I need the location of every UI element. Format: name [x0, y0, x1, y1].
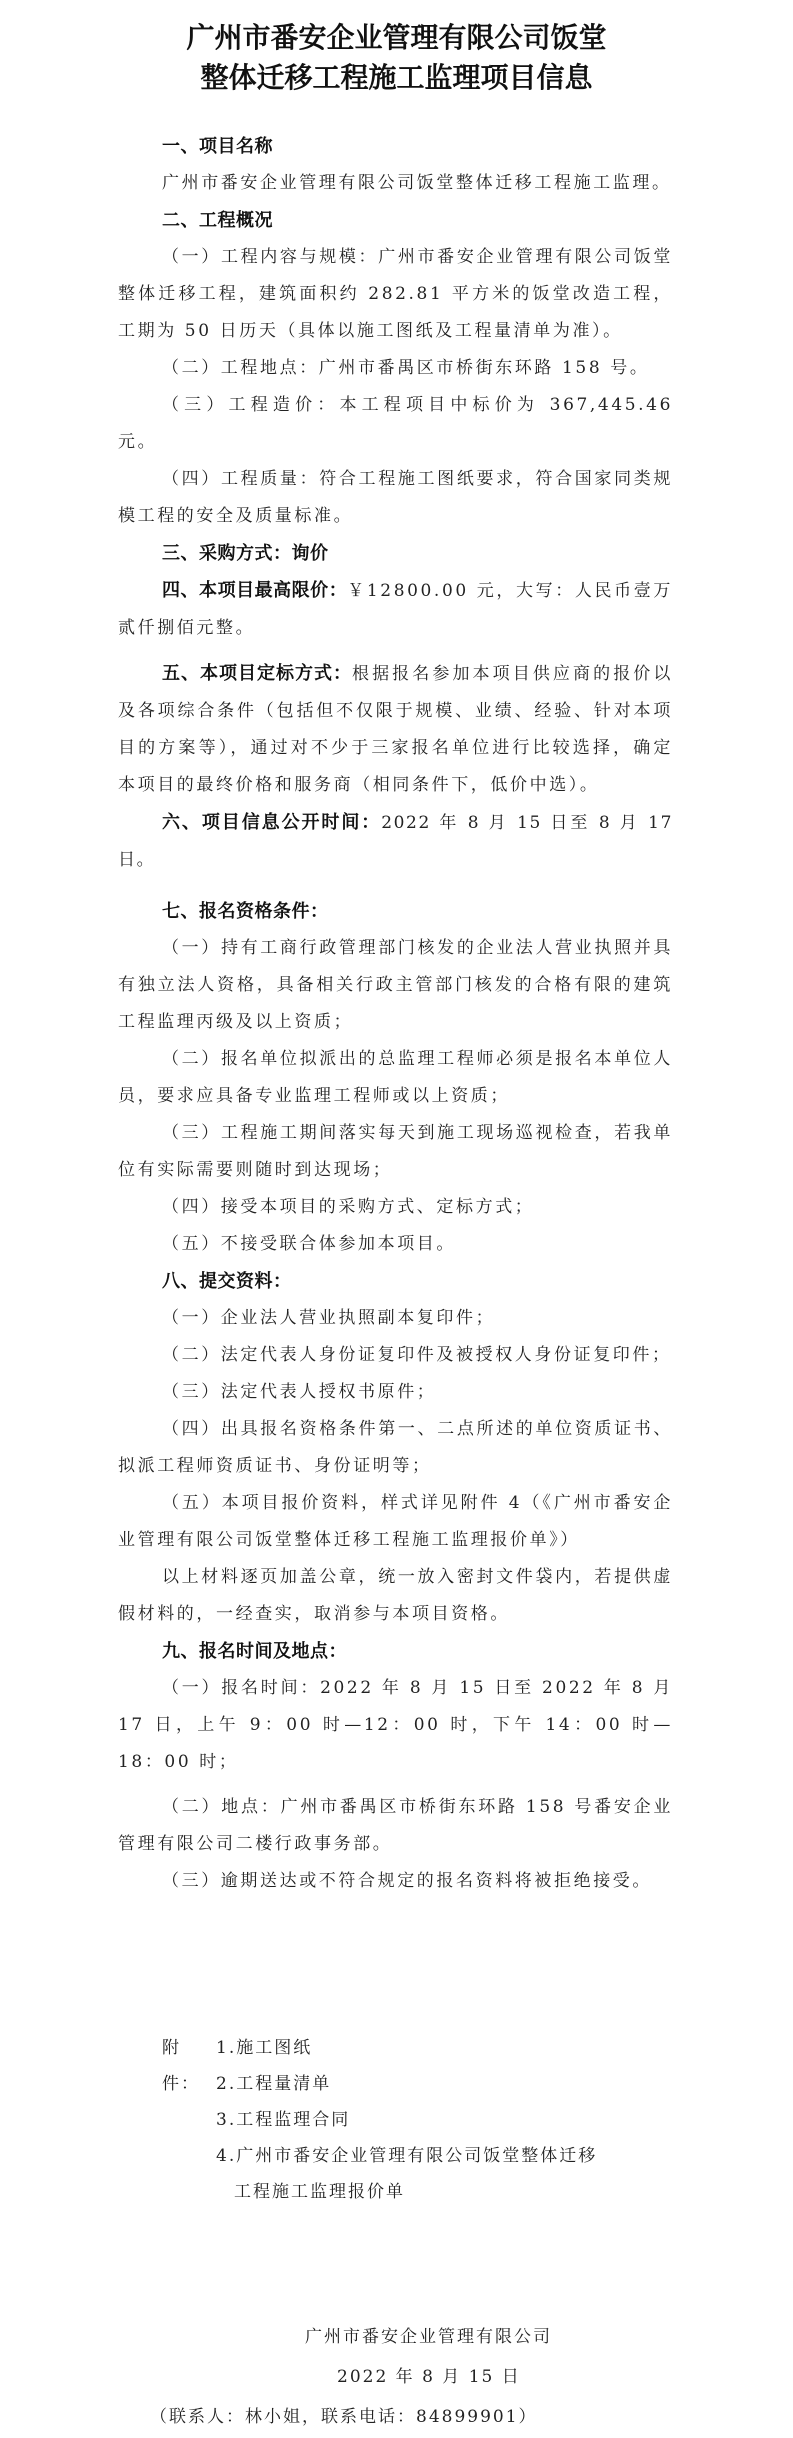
- section-1-heading: 一、项目名称: [118, 128, 673, 165]
- section-6: 六、项目信息公开时间：2022 年 8 月 15 日至 8 月 17 日。: [118, 804, 673, 879]
- section-8-item-4: （四）出具报名资格条件第一、二点所述的单位资质证书、拟派工程师资质证书、身份证明…: [118, 1411, 673, 1485]
- section-4: 四、本项目最高限价：￥12800.00 元，大写：人民币壹万贰仟捌佰元整。: [118, 572, 673, 647]
- section-5-heading: 五、本项目定标方式：: [162, 663, 352, 684]
- contact-info: （联系人：林小姐，联系电话：84899901）: [150, 2402, 538, 2427]
- section-7-item-4: （四）接受本项目的采购方式、定标方式；: [118, 1189, 673, 1226]
- signature-company: 广州市番安企业管理有限公司: [305, 2322, 552, 2347]
- section-8-item-3: （三）法定代表人授权书原件；: [118, 1374, 673, 1411]
- section-4-heading: 四、本项目最高限价：: [162, 580, 347, 601]
- section-2-item-4: （四）工程质量：符合工程施工图纸要求，符合国家同类规模工程的安全及质量标准。: [118, 461, 673, 535]
- section-2-heading: 二、工程概况: [118, 202, 673, 239]
- section-2-item-1: （一）工程内容与规模：广州市番安企业管理有限公司饭堂整体迁移工程，建筑面积约 2…: [118, 239, 673, 350]
- attachments-list: 附件： 1.施工图纸 2.工程量清单 3.工程监理合同 4.广州市番安企业管理有…: [162, 2030, 597, 2210]
- section-9-item-2: （二）地点：广州市番禺区市桥街东环路 158 号番安企业管理有限公司二楼行政事务…: [118, 1789, 673, 1863]
- section-8-item-1: （一）企业法人营业执照副本复印件；: [118, 1300, 673, 1337]
- section-7-item-1: （一）持有工商行政管理部门核发的企业法人营业执照并具有独立法人资格，具备相关行政…: [118, 930, 673, 1041]
- attachment-item-3: 3.工程监理合同: [216, 2102, 597, 2138]
- section-8-heading: 八、提交资料：: [118, 1263, 673, 1300]
- section-8-item-2: （二）法定代表人身份证复印件及被授权人身份证复印件；: [118, 1337, 673, 1374]
- section-7-item-2: （二）报名单位拟派出的总监理工程师必须是报名本单位人员，要求应具备专业监理工程师…: [118, 1041, 673, 1115]
- section-1-body: 广州市番安企业管理有限公司饭堂整体迁移工程施工监理。: [118, 165, 673, 202]
- document-title-line-1: 广州市番安企业管理有限公司饭堂: [0, 18, 793, 58]
- section-6-heading: 六、项目信息公开时间：: [162, 812, 381, 833]
- signature-date: 2022 年 8 月 15 日: [337, 2362, 521, 2387]
- section-5: 五、本项目定标方式：根据报名参加本项目供应商的报价以及各项综合条件（包括但不仅限…: [118, 655, 673, 804]
- section-9-item-1: （一）报名时间：2022 年 8 月 15 日至 2022 年 8 月 17 日…: [118, 1670, 673, 1781]
- section-2-item-2: （二）工程地点：广州市番禺区市桥街东环路 158 号。: [118, 350, 673, 387]
- section-7-item-5: （五）不接受联合体参加本项目。: [118, 1226, 673, 1263]
- section-3-heading: 三、采购方式：询价: [118, 535, 673, 572]
- section-8-item-5: （五）本项目报价资料，样式详见附件 4（《广州市番安企业管理有限公司饭堂整体迁移…: [118, 1485, 673, 1559]
- section-8-note: 以上材料逐页加盖公章，统一放入密封文件袋内，若提供虚假材料的，一经查实，取消参与…: [118, 1559, 673, 1633]
- section-9-item-3: （三）逾期送达或不符合规定的报名资料将被拒绝接受。: [118, 1863, 673, 1900]
- attachment-item-1: 1.施工图纸: [216, 2030, 597, 2066]
- section-2-item-3: （三）工程造价：本工程项目中标价为 367,445.46 元。: [118, 387, 673, 461]
- section-7-heading: 七、报名资格条件：: [118, 893, 673, 930]
- document-body: 一、项目名称 广州市番安企业管理有限公司饭堂整体迁移工程施工监理。 二、工程概况…: [118, 128, 673, 1900]
- attachment-item-4: 4.广州市番安企业管理有限公司饭堂整体迁移: [216, 2138, 597, 2174]
- section-9-heading: 九、报名时间及地点：: [118, 1633, 673, 1670]
- attachment-item-2: 2.工程量清单: [216, 2066, 597, 2102]
- document-title-line-2: 整体迁移工程施工监理项目信息: [0, 58, 793, 98]
- attachments-label: 附件：: [162, 2030, 216, 2210]
- attachment-item-4-continued: 工程施工监理报价单: [216, 2174, 597, 2210]
- section-7-item-3: （三）工程施工期间落实每天到施工现场巡视检查，若我单位有实际需要则随时到达现场；: [118, 1115, 673, 1189]
